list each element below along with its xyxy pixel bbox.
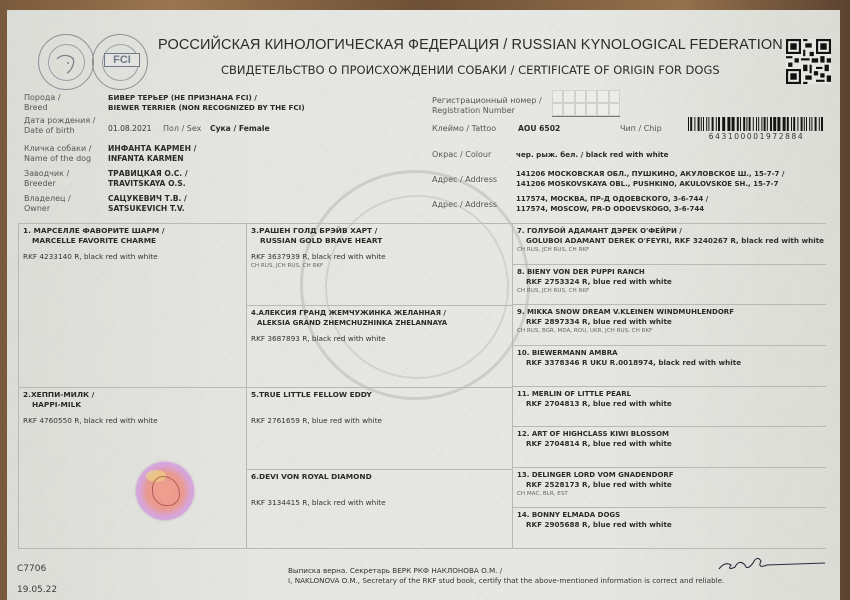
chip-number: 643100001972884 <box>688 132 825 141</box>
breeder-label: Заводчик /Breeder <box>24 169 69 189</box>
ancestor-3: 3.РАШЕН ГОЛД БРЭЙВ ХАРТ / RUSSIAN GOLD B… <box>251 226 386 271</box>
chip-barcode-icon <box>688 117 825 131</box>
ancestor-12: 12. ART OF HIGHCLASS KIWI BLOSSOMRKF 270… <box>517 429 672 449</box>
owner-address-value: 117574, МОСКВА, ПР-Д ОДОЕВСКОГО, 3-6-744… <box>516 194 708 214</box>
certification-text: Выписка верна. Секретарь ВЕРК РКФ НАКЛОН… <box>288 566 724 586</box>
ancestor-13: 13. DELINGER LORD VOM GNADENDORFRKF 2528… <box>517 470 674 499</box>
federation-title: РОССИЙСКАЯ КИНОЛОГИЧЕСКАЯ ФЕДЕРАЦИЯ / RU… <box>158 37 783 53</box>
sex-label: Пол / Sex <box>163 124 201 134</box>
col-divider-1 <box>246 223 247 548</box>
rkf-logo-icon <box>38 34 94 90</box>
breeder-value: ТРАВИЦКАЯ О.С. /TRAVITSKAYA O.S. <box>108 169 188 189</box>
colour-label: Окрас / Colour <box>432 150 491 160</box>
chip-label: Чип / Chip <box>620 124 662 134</box>
dog-name-label: Кличка собаки /Name of the dog <box>24 144 91 164</box>
tattoo-label: Клеймо / Tattoo <box>432 124 496 134</box>
gen3-divider <box>512 426 826 427</box>
pedigree-bottom-border <box>18 548 826 549</box>
certificate-title: СВИДЕТЕЛЬСТВО О ПРОИСХОЖДЕНИИ СОБАКИ / C… <box>221 63 720 77</box>
signature-icon <box>717 553 827 575</box>
breed-label: Порода /Breed <box>24 93 61 113</box>
sex-value: Сука / Female <box>210 124 270 134</box>
gen3-divider <box>512 467 826 468</box>
registration-label: Регистрационный номер /Registration Numb… <box>432 96 542 116</box>
issue-date: 19.05.22 <box>17 585 57 595</box>
hologram-sticker-icon <box>136 462 194 520</box>
ancestor-2: 2.ХЕППИ-МИЛК / HAPPI-MILK RKF 4760550 R,… <box>23 390 158 426</box>
qr-code-icon <box>786 39 831 84</box>
ancestor-7: 7. ГОЛУБОЙ АДАМАНТ ДЭРЕК О'ФЕЙРИ /GOLUBO… <box>517 226 824 255</box>
owner-label: Владелец /Owner <box>24 194 71 214</box>
gen3-divider <box>512 304 826 305</box>
certificate-code: C7706 <box>17 564 46 574</box>
tattoo-value: AOU 6502 <box>518 124 560 134</box>
breed-value: БИВЕР ТЕРЬЕР (НЕ ПРИЗНАНА FCI) /BIEWER T… <box>108 93 305 113</box>
gen2-divider-2 <box>246 387 512 388</box>
fci-logo-icon: FCI <box>92 34 148 90</box>
owner-value: САЦУКЕВИЧ Т.В. /SATSUKEVICH T.V. <box>108 194 187 214</box>
ancestor-9: 9. MIKKA SNOW DREAM V.KLEINEN WINDMUHLEN… <box>517 307 734 336</box>
ancestor-11: 11. MERLIN OF LITTLE PEARLRKF 2704813 R,… <box>517 389 672 409</box>
ancestor-1: 1. МАРСЕЛЛЕ ФАВОРИТЕ ШАРМ / MARCELLE FAV… <box>23 226 165 262</box>
dob-value: 01.08.2021 <box>108 124 151 134</box>
breeder-address-value: 141206 МОСКОВСКАЯ ОБЛ., ПУШКИНО, АКУЛОВС… <box>516 169 784 189</box>
dog-name-value: ИНФАНТА КАРМЕН /INFANTA KARMEN <box>108 144 196 164</box>
ancestor-10: 10. BIEWERMANN AMBRARKF 3378346 R UKU R.… <box>517 348 741 368</box>
ancestor-5: 5.TRUE LITTLE FELLOW EDDY RKF 2761659 R,… <box>251 390 382 426</box>
ancestor-14: 14. BONNY ELMADA DOGSRKF 2905688 R, blue… <box>517 510 672 530</box>
gen3-divider <box>512 264 826 265</box>
gen3-divider <box>512 386 826 387</box>
pedigree-left-border <box>18 223 19 548</box>
pedigree-top-border <box>18 223 826 224</box>
dob-label: Дата рождения /Date of birth <box>24 116 95 136</box>
colour-value: чер. рыж. бел. / black red with white <box>516 150 669 160</box>
ancestor-8: 8. BIENY VON DER PUPPI RANCHRKF 2753324 … <box>517 267 672 296</box>
gen1-divider <box>18 387 246 388</box>
gen3-divider <box>512 345 826 346</box>
gen2-divider-3 <box>246 469 512 470</box>
ancestor-4: 4.АЛЕКСИЯ ГРАНД ЖЕМЧУЖИНКА ЖЕЛАННАЯ / AL… <box>251 308 447 344</box>
registration-number-box <box>552 90 620 117</box>
gen2-divider-1 <box>246 305 512 306</box>
rkf-watermark-stamp <box>300 170 530 400</box>
ancestor-6: 6.DEVI VON ROYAL DIAMOND RKF 3134415 R, … <box>251 472 386 508</box>
gen3-divider <box>512 507 826 508</box>
